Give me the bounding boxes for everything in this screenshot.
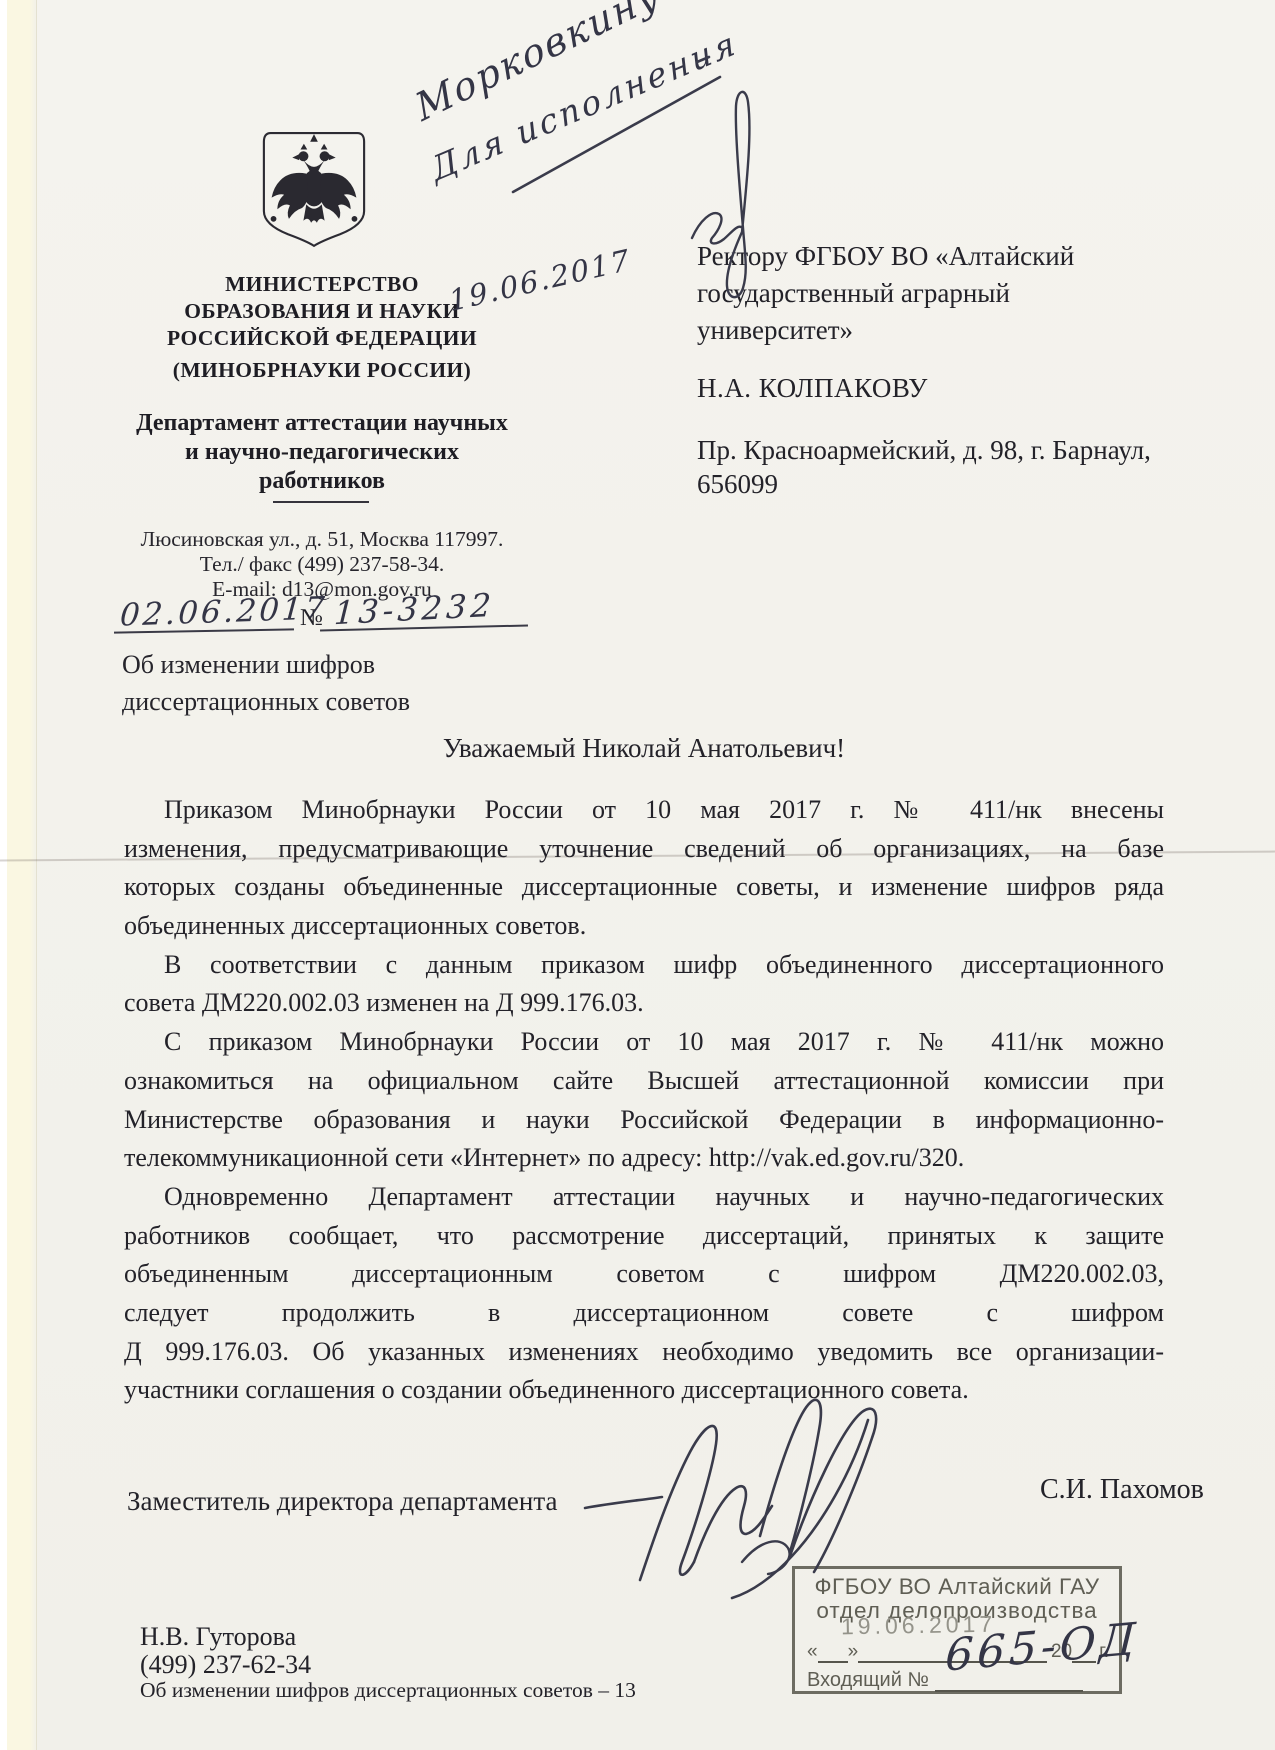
body-line: объединенным диссертационным советом с ш… — [124, 1255, 1164, 1294]
body-line: В соответствии с данным приказом шифр об… — [124, 946, 1164, 985]
russia-coat-of-arms-icon — [261, 130, 367, 248]
body-line: Приказом Минобрнауки России от 10 мая 20… — [124, 791, 1164, 830]
scanned-letter-page: МИНИСТЕРСТВО ОБРАЗОВАНИЯ И НАУКИ РОССИЙС… — [0, 0, 1275, 1750]
ministry-line: (МИНОБРНАУКИ РОССИИ) — [118, 357, 526, 384]
body-line: объединенных диссертационных советов. — [124, 907, 1164, 946]
signature-stroke-1 — [640, 1426, 717, 1580]
body-line: работников сообщает, что рассмотрение ди… — [124, 1217, 1164, 1256]
address-line: Тел./ факс (499) 237-58-34. — [108, 552, 536, 577]
subject-line: Об изменении шифров — [122, 646, 410, 683]
department-line: и научно-педагогических — [108, 438, 536, 467]
letterhead-department: Департамент аттестации научных и научно-… — [108, 409, 536, 496]
body-line: Одновременно Департамент аттестации науч… — [124, 1178, 1164, 1217]
salutation: Уважаемый Николай Анатольевич! — [124, 733, 1164, 764]
recipient-org-line: государственный аграрный — [697, 275, 1157, 312]
signature-name: С.И. Пахомов — [1040, 1474, 1204, 1506]
body-line: которых созданы объединенные диссертацио… — [124, 868, 1164, 907]
signature-flourish — [742, 1541, 790, 1574]
subject-line: диссертационных советов — [122, 683, 410, 720]
ministry-line: РОССИЙСКОЙ ФЕДЕРАЦИИ — [118, 325, 526, 352]
recipient-address-line: 656099 — [697, 467, 1157, 501]
handwritten-ref-date: 02.06.2017 — [119, 590, 329, 633]
body-line: Министерстве образования и науки Российс… — [124, 1101, 1164, 1140]
signature-dash — [585, 1497, 662, 1508]
recipient-org: Ректору ФГБОУ ВО «Алтайский государствен… — [697, 238, 1157, 349]
body-line: совета ДМ220.002.03 изменен на Д 999.176… — [124, 984, 1164, 1023]
executor-name: Н.В. Гуторова — [140, 1622, 296, 1652]
signature-stroke-3 — [760, 1400, 821, 1552]
recipient-org-line: Ректору ФГБОУ ВО «Алтайский — [697, 238, 1157, 275]
footer-note: Об изменении шифров диссертационных сове… — [140, 1678, 636, 1703]
executor-phone: (499) 237-62-34 — [140, 1650, 311, 1680]
department-line: Департамент аттестации научных — [108, 409, 536, 438]
stamp-quote-open: « — [807, 1641, 818, 1663]
double-headed-eagle — [271, 134, 358, 223]
body-line: ознакомиться на официальном сайте Высшей… — [124, 1062, 1164, 1101]
signature-title: Заместитель директора департамента — [127, 1486, 557, 1517]
body-line: телекоммуникационной сети «Интернет» по … — [124, 1139, 1164, 1178]
body-line: С приказом Минобрнауки России от 10 мая … — [124, 1023, 1164, 1062]
stamp-incoming-label: Входящий № — [807, 1669, 929, 1692]
handwritten-resolution-date: 19.06.2017 — [447, 242, 634, 318]
recipient-address: Пр. Красноармейский, д. 98, г. Барнаул, … — [697, 433, 1157, 501]
body-line: Д 999.176.03. Об указанных изменениях не… — [124, 1333, 1164, 1372]
stamp-org: ФГБОУ ВО Алтайский ГАУ — [795, 1574, 1119, 1600]
stamp-day-blank — [818, 1647, 848, 1663]
recipient-name: Н.А. КОЛПАКОВУ — [697, 373, 928, 404]
body-line: участники соглашения о создании объедине… — [124, 1371, 1164, 1410]
department-line: работников — [108, 467, 536, 496]
body-line: изменения, предусматривающие уточнение с… — [124, 830, 1164, 869]
recipient-address-line: Пр. Красноармейский, д. 98, г. Барнаул, — [697, 433, 1157, 467]
subject-block: Об изменении шифров диссертационных сове… — [122, 646, 410, 720]
recipient-org-line: университет» — [697, 312, 1157, 349]
body-text: Приказом Минобрнауки России от 10 мая 20… — [124, 791, 1164, 1410]
letterhead-divider — [273, 501, 369, 503]
scan-edge-strip — [0, 0, 37, 1750]
signature-stroke-4 — [790, 1409, 876, 1572]
stamp-quote-close: » — [848, 1641, 859, 1663]
address-line: Люсиновская ул., д. 51, Москва 117997. — [108, 527, 536, 552]
signature-stroke-2 — [694, 1486, 772, 1562]
body-line: следует продолжить в диссертационном сов… — [124, 1294, 1164, 1333]
number-sign: № — [300, 605, 323, 632]
